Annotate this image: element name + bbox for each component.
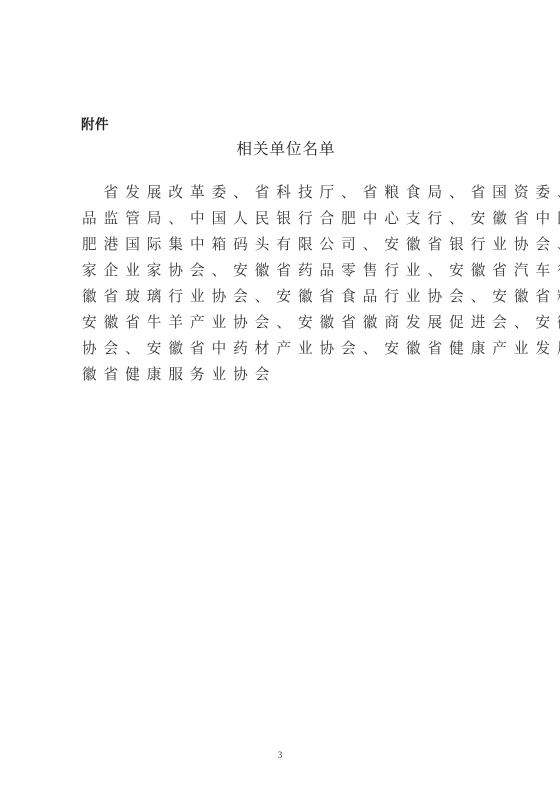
- attachment-label: 附件: [81, 113, 109, 133]
- page-number: 3: [0, 750, 560, 760]
- body-line: 家企业家协会、安徽省药品零售行业、安徽省汽车行业协会、安: [82, 258, 493, 284]
- body-line: 安徽省牛羊产业协会、安徽省徽商发展促进会、安徽省户外运动: [82, 310, 493, 336]
- organization-list: 省发展改革委、省科技厅、省粮食局、省国资委、省食品药 品监管局、中国人民银行合肥…: [82, 180, 493, 388]
- body-line: 徽省玻璃行业协会、安徽省食品行业协会、安徽省粮食行业协会、: [82, 284, 493, 310]
- body-line: 肥港国际集中箱码头有限公司、安徽省银行业协会、安徽省科学: [82, 232, 493, 258]
- body-line: 品监管局、中国人民银行合肥中心支行、安徽省中医药大学、合: [82, 206, 493, 232]
- body-line: 协会、安徽省中药材产业协会、安徽省健康产业发展促进会、安: [82, 336, 493, 362]
- document-title: 相关单位名单: [0, 137, 560, 159]
- body-line: 省发展改革委、省科技厅、省粮食局、省国资委、省食品药: [82, 180, 493, 206]
- body-line: 徽省健康服务业协会: [82, 362, 493, 388]
